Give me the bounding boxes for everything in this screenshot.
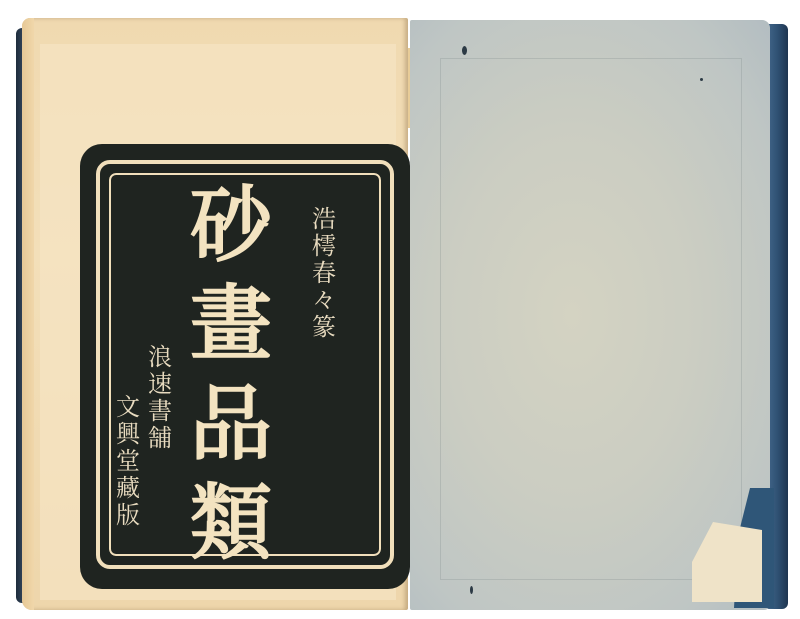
page-edge [22, 18, 34, 610]
ink-spot [470, 586, 473, 594]
publisher-char: 堂 [116, 448, 140, 475]
right-page [410, 20, 770, 610]
title-char: 品 [190, 383, 272, 465]
inscription-char: 樗 [312, 233, 336, 260]
ink-spot [700, 78, 703, 81]
publisher-char: 書 [148, 398, 172, 425]
publisher-char: 文 [116, 394, 140, 421]
publisher-char: 速 [148, 371, 172, 398]
publisher-char: 浪 [148, 344, 172, 371]
publisher-char: 藏 [116, 475, 140, 502]
inscription-char: 篆 [312, 314, 336, 341]
title-char: 畫 [190, 283, 272, 365]
open-book: 砂 畫 品 類 浩 樗 春 々 篆 浪 速 書 舗 文 興 堂 [22, 18, 784, 610]
publisher-name: 文 興 堂 藏 版 [116, 394, 140, 528]
publisher-location: 浪 速 書 舗 [148, 344, 172, 452]
main-title: 砂 畫 品 類 [176, 184, 286, 564]
publisher-char: 版 [116, 502, 140, 529]
calligrapher-inscription: 浩 樗 春 々 篆 [312, 206, 336, 340]
title-char: 類 [190, 482, 272, 564]
inscription-char: 浩 [312, 206, 336, 233]
title-block: 砂 畫 品 類 浩 樗 春 々 篆 浪 速 書 舗 文 興 堂 [80, 144, 410, 589]
publisher-char: 舗 [148, 425, 172, 452]
ink-spot [462, 46, 467, 55]
publisher-char: 興 [116, 421, 140, 448]
show-through-frame [440, 58, 742, 580]
inscription-char: 々 [312, 287, 336, 314]
title-char: 砂 [190, 184, 272, 266]
left-page: 砂 畫 品 類 浩 樗 春 々 篆 浪 速 書 舗 文 興 堂 [22, 18, 408, 610]
inscription-char: 春 [312, 260, 336, 287]
